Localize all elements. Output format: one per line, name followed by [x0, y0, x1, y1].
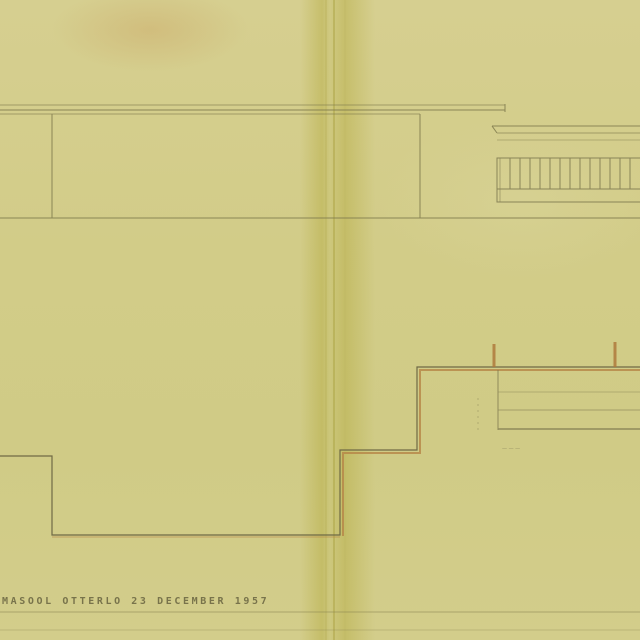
posts — [494, 342, 615, 367]
lower-right-detail — [478, 370, 640, 430]
dimension-annotation: — — — — [502, 446, 520, 452]
title-block-text: MASOOL OTTERLO 23 DECEMBER 1957 — [2, 596, 269, 607]
drawing-sheet: — — — MASOOL OTTERLO 23 DECEMBER 1957 — [0, 0, 640, 640]
fold-crease — [326, 0, 345, 640]
railing-panel — [497, 158, 640, 202]
upper-elevation — [0, 104, 640, 218]
architectural-drawing — [0, 0, 640, 640]
border-lines — [0, 612, 640, 630]
